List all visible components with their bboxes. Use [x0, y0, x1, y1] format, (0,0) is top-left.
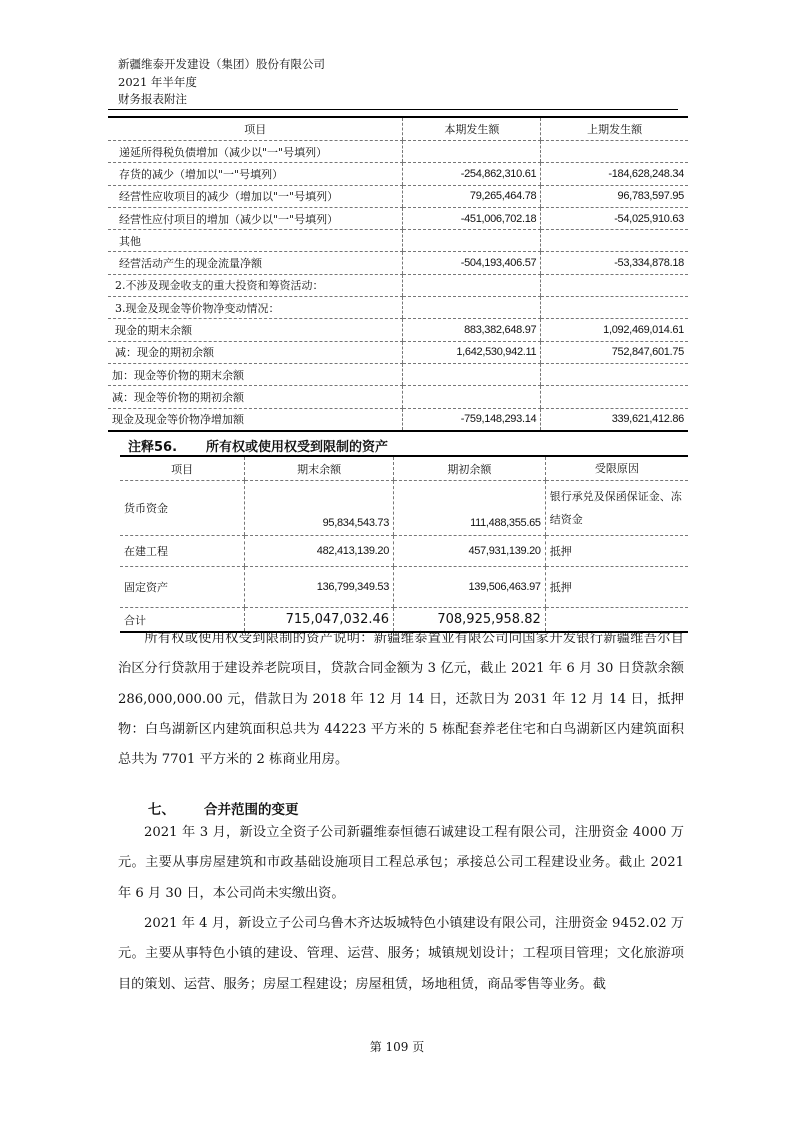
current-value [403, 363, 541, 385]
restriction-reason: 抵押 [545, 567, 688, 608]
table-row: 经营性应付项目的增加（减少以"一"号填列）-451,006,702.18-54,… [108, 207, 688, 229]
ending-balance: 95,834,543.73 [245, 481, 394, 536]
document-type: 财务报表附注 [118, 91, 325, 109]
header-divider [108, 109, 678, 110]
current-value: -504,193,406.57 [403, 252, 541, 274]
paragraph-text: 2021 年 4 月，新设立子公司乌鲁木齐达坂城特色小镇建设有限公司，注册资金 … [118, 916, 684, 992]
row-label: 其他 [108, 230, 403, 252]
table-row: 现金的期末余额883,382,648.971,092,469,014.61 [108, 319, 688, 341]
table-header-row: 项目 本期发生额 上期发生额 [108, 117, 688, 141]
table-header-row: 项目 期末余额 期初余额 受限原因 [120, 456, 688, 481]
item-name: 货币资金 [120, 481, 245, 536]
table-row: 3.现金及现金等价物净变动情况： [108, 297, 688, 319]
row-label: 现金及现金等价物净增加额 [108, 408, 403, 431]
prior-value [541, 141, 688, 163]
prior-value: 339,621,412.86 [541, 408, 688, 431]
restriction-reason: 银行承兑及保函保证金、冻结资金 [545, 481, 688, 536]
restricted-assets-description: 所有权或使用权受到限制的资产说明：新疆维泰置业有限公司向国家开发银行新疆维吾尔自… [118, 624, 684, 775]
company-name: 新疆维泰开发建设（集团）股份有限公司 [118, 56, 325, 74]
current-value [403, 274, 541, 296]
prior-value: 96,783,597.95 [541, 185, 688, 207]
row-label: 减：现金等价物的期初余额 [108, 386, 403, 408]
table-row: 2.不涉及现金收支的重大投资和筹资活动： [108, 274, 688, 296]
table-row: 存货的减少（增加以"一"号填列）-254,862,310.61-184,628,… [108, 163, 688, 185]
note-title: 所有权或使用权受到限制的资产 [206, 440, 388, 455]
row-label: 递延所得税负债增加（减少以"一"号填列） [108, 141, 403, 163]
table-row: 现金及现金等价物净增加额-759,148,293.14339,621,412.8… [108, 408, 688, 431]
column-header-reason: 受限原因 [545, 456, 688, 481]
note-number: 注释56. [128, 436, 206, 455]
row-label: 存货的减少（增加以"一"号填列） [108, 163, 403, 185]
report-period: 2021 年半年度 [118, 74, 325, 92]
section-number: 七、 [148, 798, 204, 818]
page-number: 第 109 页 [0, 1038, 794, 1055]
current-value: -451,006,702.18 [403, 207, 541, 229]
table-row: 货币资金 95,834,543.73 111,488,355.65 银行承兑及保… [120, 481, 688, 536]
restriction-reason: 抵押 [545, 536, 688, 567]
beginning-balance: 111,488,355.65 [394, 481, 546, 536]
prior-value: -54,025,910.63 [541, 207, 688, 229]
prior-value [541, 297, 688, 319]
column-header-prior: 上期发生额 [541, 117, 688, 141]
table-row: 其他 [108, 230, 688, 252]
current-value: -759,148,293.14 [403, 408, 541, 431]
row-label: 减：现金的期初余额 [108, 341, 403, 363]
item-name: 在建工程 [120, 536, 245, 567]
table-row: 固定资产 136,799,349.53 139,506,463.97 抵押 [120, 567, 688, 608]
table-row: 在建工程 482,413,139.20 457,931,139.20 抵押 [120, 536, 688, 567]
page-header: 新疆维泰开发建设（集团）股份有限公司 2021 年半年度 财务报表附注 [118, 56, 325, 109]
description-text: 所有权或使用权受到限制的资产说明：新疆维泰置业有限公司向国家开发银行新疆维吾尔自… [118, 631, 684, 767]
section-7-heading: 七、合并范围的变更 [148, 798, 299, 818]
table-row: 经营活动产生的现金流量净额-504,193,406.57-53,334,878.… [108, 252, 688, 274]
prior-value [541, 230, 688, 252]
beginning-balance: 457,931,139.20 [394, 536, 546, 567]
prior-value: -184,628,248.34 [541, 163, 688, 185]
beginning-balance: 139,506,463.97 [394, 567, 546, 608]
current-value: 883,382,648.97 [403, 319, 541, 341]
current-value [403, 386, 541, 408]
current-value: 1,642,530,942.11 [403, 341, 541, 363]
section-7-paragraph-2: 2021 年 4 月，新设立子公司乌鲁木齐达坂城特色小镇建设有限公司，注册资金 … [118, 909, 684, 1000]
column-header-current: 本期发生额 [403, 117, 541, 141]
row-label: 经营性应付项目的增加（减少以"一"号填列） [108, 207, 403, 229]
note-56-heading: 注释56.所有权或使用权受到限制的资产 [128, 436, 388, 455]
column-header-ending: 期末余额 [245, 456, 394, 481]
current-value [403, 297, 541, 319]
column-header-item: 项目 [120, 456, 245, 481]
row-label: 现金的期末余额 [108, 319, 403, 341]
row-label: 经营活动产生的现金流量净额 [108, 252, 403, 274]
prior-value [541, 386, 688, 408]
row-label: 2.不涉及现金收支的重大投资和筹资活动： [108, 274, 403, 296]
prior-value: -53,334,878.18 [541, 252, 688, 274]
current-value [403, 141, 541, 163]
current-value: 79,265,464.78 [403, 185, 541, 207]
column-header-beginning: 期初余额 [394, 456, 546, 481]
prior-value: 752,847,601.75 [541, 341, 688, 363]
current-value: -254,862,310.61 [403, 163, 541, 185]
current-value [403, 230, 541, 252]
prior-value [541, 363, 688, 385]
section-title: 合并范围的变更 [204, 802, 299, 818]
prior-value: 1,092,469,014.61 [541, 319, 688, 341]
table-row: 减：现金的期初余额1,642,530,942.11752,847,601.75 [108, 341, 688, 363]
restricted-assets-table: 项目 期末余额 期初余额 受限原因 货币资金 95,834,543.73 111… [120, 455, 688, 633]
table-row: 减：现金等价物的期初余额 [108, 386, 688, 408]
ending-balance: 136,799,349.53 [245, 567, 394, 608]
section-7-paragraph-1: 2021 年 3 月，新设立全资子公司新疆维泰恒德石诚建设工程有限公司，注册资金… [118, 818, 684, 909]
cashflow-supplement-table: 项目 本期发生额 上期发生额 递延所得税负债增加（减少以"一"号填列） 存货的减… [108, 116, 688, 432]
row-label: 3.现金及现金等价物净变动情况： [108, 297, 403, 319]
paragraph-text: 2021 年 3 月，新设立全资子公司新疆维泰恒德石诚建设工程有限公司，注册资金… [118, 825, 684, 901]
column-header-item: 项目 [108, 117, 403, 141]
item-name: 固定资产 [120, 567, 245, 608]
prior-value [541, 274, 688, 296]
table-row: 递延所得税负债增加（减少以"一"号填列） [108, 141, 688, 163]
row-label: 加：现金等价物的期末余额 [108, 363, 403, 385]
table-row: 加：现金等价物的期末余额 [108, 363, 688, 385]
ending-balance: 482,413,139.20 [245, 536, 394, 567]
table-row: 经营性应收项目的减少（增加以"一"号填列）79,265,464.7896,783… [108, 185, 688, 207]
row-label: 经营性应收项目的减少（增加以"一"号填列） [108, 185, 403, 207]
